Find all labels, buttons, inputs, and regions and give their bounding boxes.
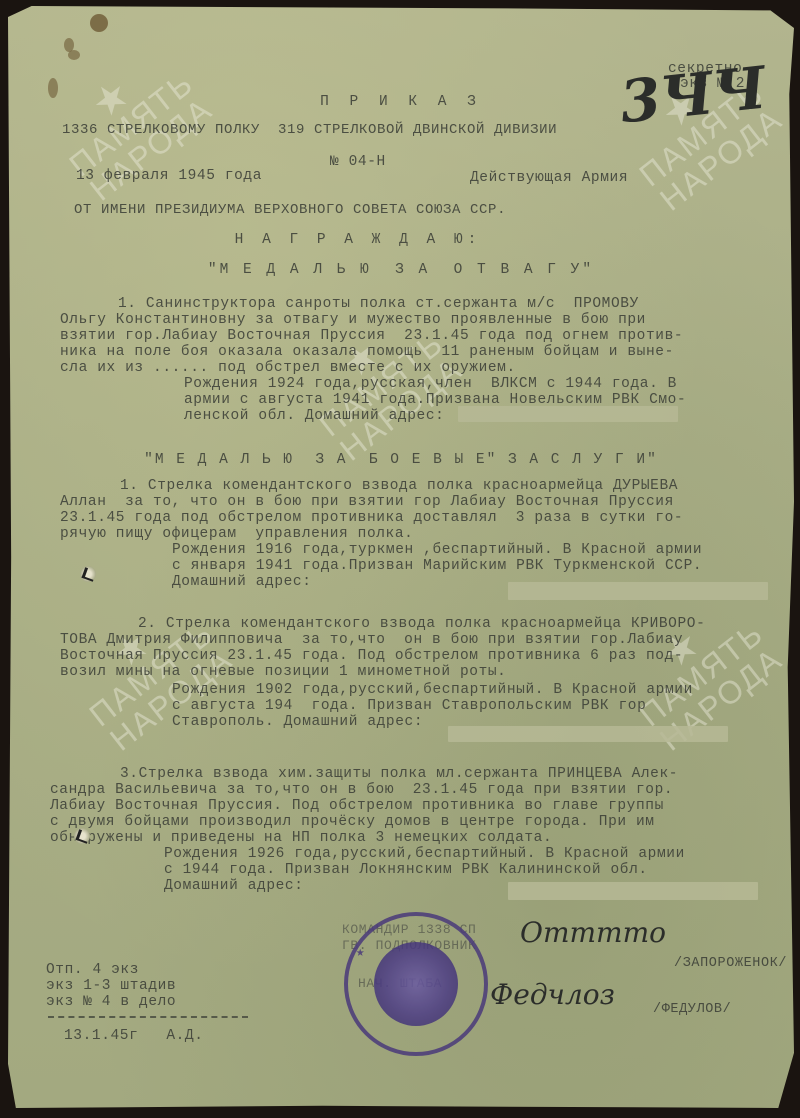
- commander-name: /ЗАПОРОЖЕНОК/: [674, 956, 787, 971]
- commander-signature: Ommmmo: [520, 916, 666, 949]
- location: Действующая Армия: [470, 170, 628, 186]
- order-date: 13 февраля 1945 года: [76, 168, 262, 184]
- archival-document-page: ★ ПАМЯТЬ НАРОДА ★ ПАМЯТЬ НАРОДА ★ ПАМЯТЬ…: [8, 6, 794, 1108]
- authority-line: ОТ ИМЕНИ ПРЕЗИДИУМА ВЕРХОВНОГО СОВЕТА СО…: [74, 202, 506, 218]
- punch-hole: [80, 566, 96, 582]
- unit-line: 1336 СТРЕЛКОВОМУ ПОЛКУ 319 СТРЕЛКОВОЙ ДВ…: [62, 122, 557, 138]
- punch-hole: [74, 828, 90, 844]
- order-number: № 04-Н: [330, 154, 386, 170]
- redacted-address: [508, 882, 758, 900]
- order-title: П Р И К А З: [8, 94, 794, 110]
- medal-heading-bravery: "М Е Д А Л Ь Ю З А О Т В А Г У": [8, 262, 794, 278]
- ink-stain: [90, 14, 108, 32]
- redacted-address: [508, 582, 768, 600]
- stamp-star-icon: ★: [356, 944, 364, 961]
- chief-signature: Федчлоз: [490, 978, 615, 1011]
- distribution-1: экз 1-3 штадив: [46, 978, 176, 994]
- chief-name: /ФЕДУЛОВ/: [653, 1002, 731, 1017]
- redacted-address: [448, 726, 728, 742]
- coat-of-arms-emblem: [374, 942, 458, 1026]
- footer-date-initials: 13.1.45г А.Д.: [64, 1028, 204, 1044]
- distribution-2: экз № 4 в дело: [46, 994, 176, 1010]
- medal-heading-combat-merit: "М Е Д А Л Ь Ю З А Б О Е В Ы Е" З А С Л …: [8, 452, 794, 468]
- award-heading: Н А Г Р А Ж Д А Ю:: [8, 232, 708, 248]
- ink-stain: [68, 50, 80, 60]
- dashed-separator: [48, 1016, 248, 1018]
- copies-note: Отп. 4 экз: [46, 962, 139, 978]
- official-stamp: ★: [344, 912, 488, 1056]
- redacted-address: [458, 406, 678, 422]
